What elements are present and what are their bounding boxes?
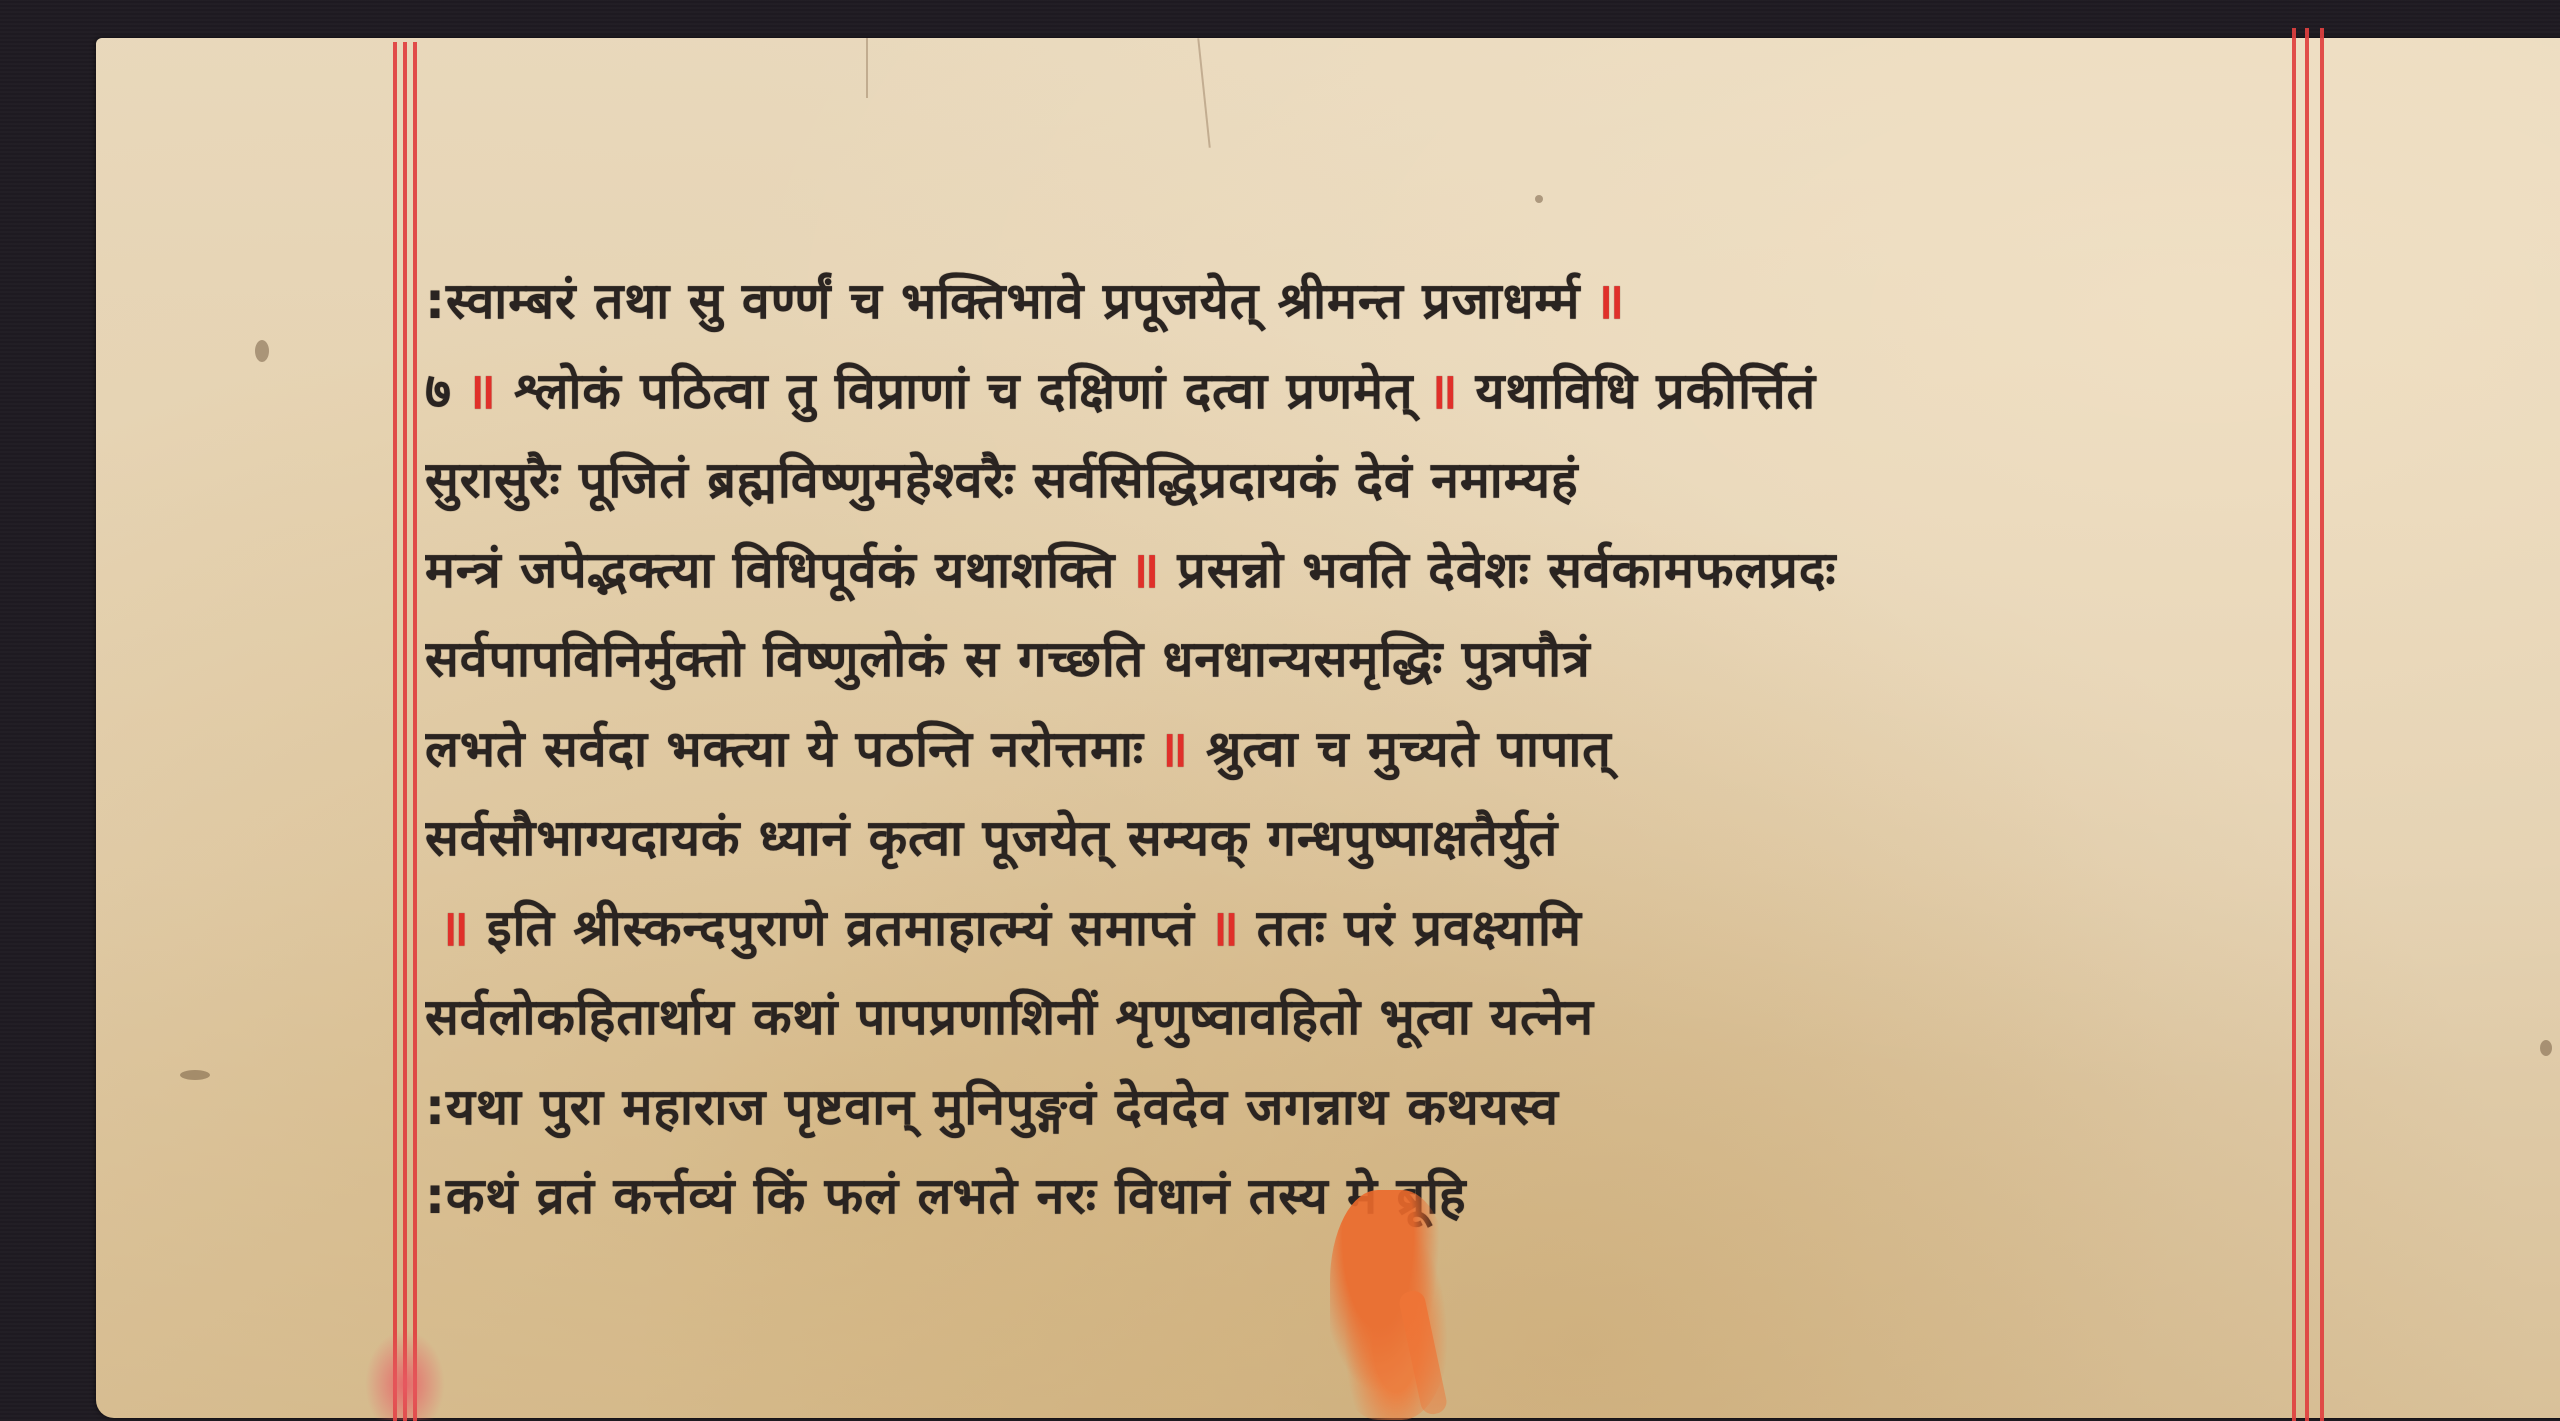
red-danda: ॥ xyxy=(1129,541,1163,599)
text-line-4: मन्त्रं जपेद्भक्त्या विधिपूर्वकं यथाशक्त… xyxy=(425,531,2290,621)
text-line-5: सर्वपापविनिर्मुक्तो विष्णुलोकं स गच्छति … xyxy=(425,620,2290,710)
red-danda: ॥ xyxy=(1209,899,1243,957)
red-danda: ॥ xyxy=(466,362,500,420)
red-danda: ॥ xyxy=(439,899,473,957)
paper-crease xyxy=(866,38,868,98)
text-line-8: ॥इति श्रीस्कन्दपुराणे व्रतमाहात्म्यं समा… xyxy=(425,889,2290,979)
pink-smudge xyxy=(365,1330,445,1420)
paper-spot xyxy=(180,1070,210,1080)
red-danda: ॥ xyxy=(1594,272,1628,330)
text-line-2: ७॥श्लोकं पठित्वा तु विप्राणां च दक्षिणां… xyxy=(425,352,2290,442)
text-line-7: सर्वसौभाग्यदायकं ध्यानं कृत्वा पूजयेत् स… xyxy=(425,799,2290,889)
right-margin-rule xyxy=(2305,28,2309,1421)
right-margin-rule xyxy=(2292,28,2296,1421)
left-margin-rule xyxy=(393,42,397,1421)
paper-crease xyxy=(1197,38,1210,148)
text-line-10: :यथा पुरा महाराज पृष्टवान् मुनिपुङ्गवं द… xyxy=(425,1068,2290,1158)
left-margin-rule xyxy=(413,42,417,1421)
red-danda: ॥ xyxy=(1428,362,1462,420)
paper-spot xyxy=(1535,195,1543,203)
text-line-6: लभते सर्वदा भक्त्या ये पठन्ति नरोत्तमाः॥… xyxy=(425,710,2290,800)
red-danda: ॥ xyxy=(1158,720,1192,778)
right-margin-rule xyxy=(2320,28,2324,1421)
text-line-9: सर्वलोकहितार्थाय कथां पापप्रणाशिनीं शृणु… xyxy=(425,978,2290,1068)
paper-spot xyxy=(2540,1040,2552,1056)
left-margin-rule xyxy=(403,42,407,1421)
text-line-3: सुरासुरैः पूजितं ब्रह्मविष्णुमहेश्वरैः स… xyxy=(425,441,2290,531)
manuscript-text: :स्वाम्बरं तथा सु वर्ण्णं च भक्तिभावे प्… xyxy=(425,262,2290,1247)
paper-spot xyxy=(255,340,269,362)
text-line-1: :स्वाम्बरं तथा सु वर्ण्णं च भक्तिभावे प्… xyxy=(425,262,2290,352)
